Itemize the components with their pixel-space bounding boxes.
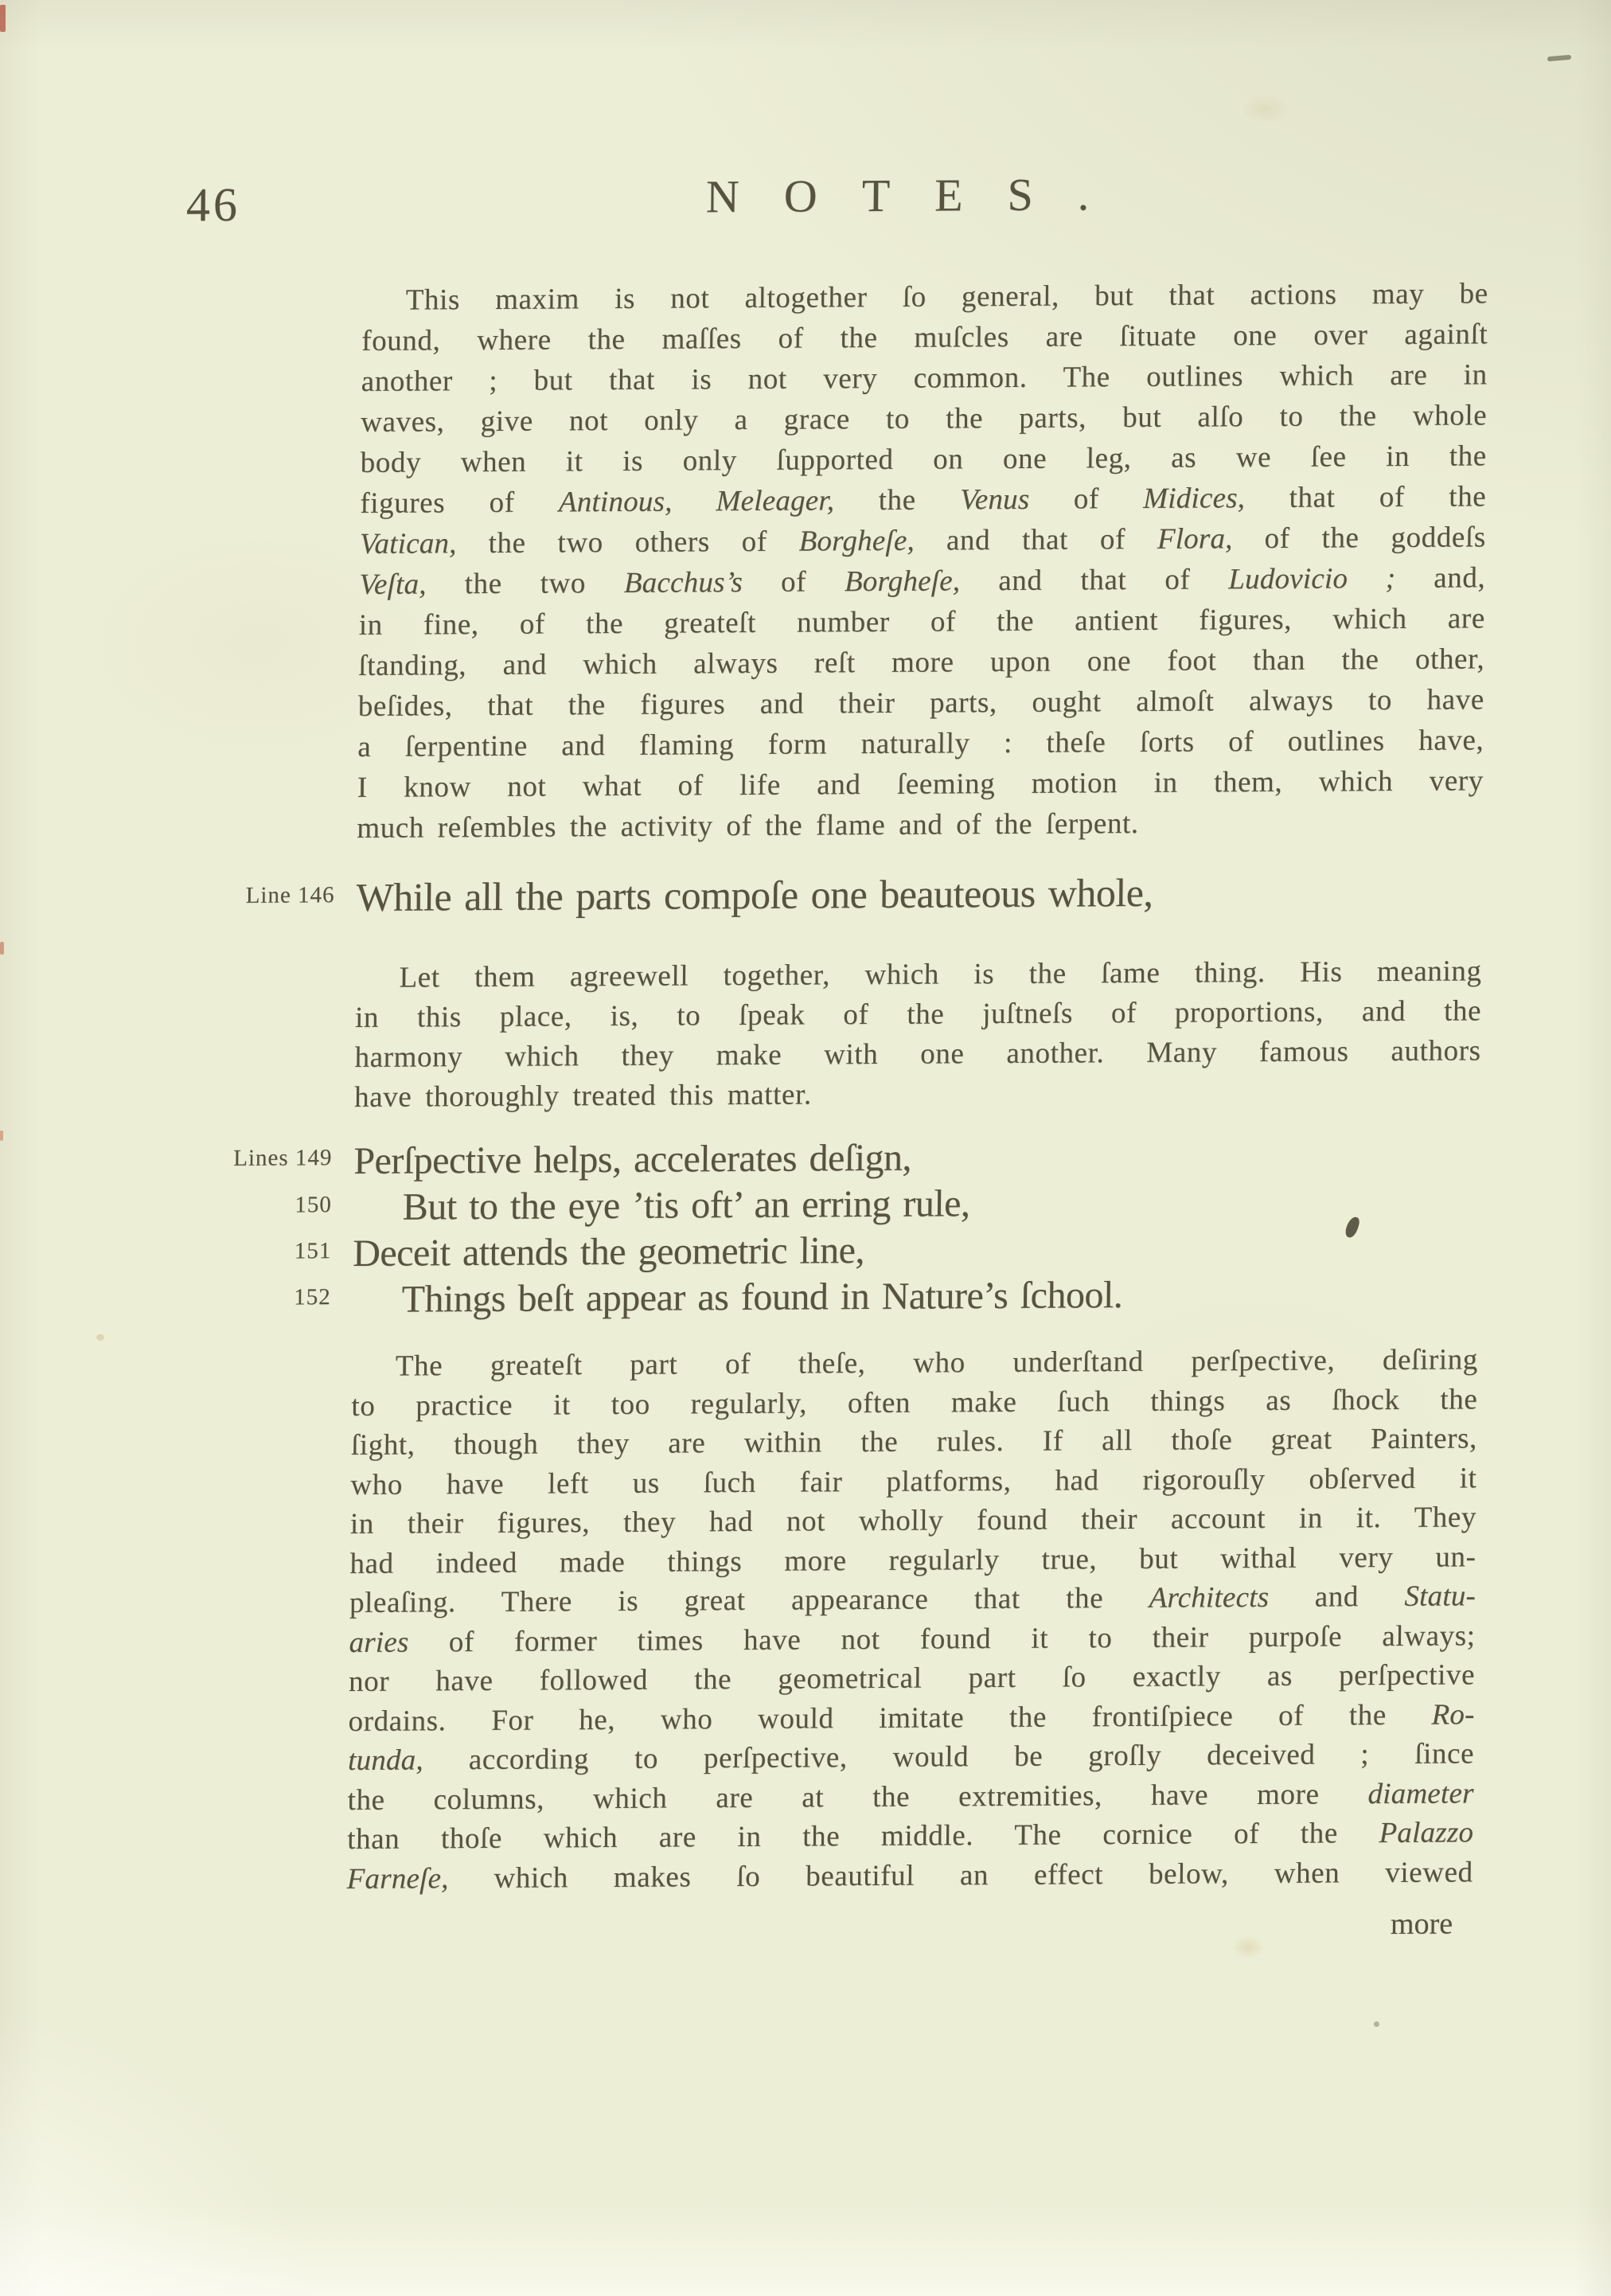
text-segment: This maxim is not altogether ſo general,… [406,277,1488,316]
paragraph-perspective: The greateſt part of theſe, who underſta… [346,1340,1478,1899]
text-line: in fine, of the greateſt number of the a… [359,598,1485,646]
text-line: had indeed made things more regularly tr… [349,1537,1476,1583]
italic-text-segment: Palazzo [1379,1816,1473,1849]
verse-quote-lines-149-152: Perſpective helps, accelerates deſign,Bu… [352,1131,1480,1323]
text-segment: beſides, that the figures and their part… [358,683,1484,723]
italic-text-segment: Midices, [1143,482,1245,515]
italic-text-segment: Borgheſe, [845,564,961,598]
text-line: Perſpective helps, accelerates deſign, [353,1131,1480,1185]
text-segment: who have left us ſuch fair platforms, ha… [350,1462,1476,1501]
paper-speck [1374,2021,1379,2027]
verse-quote-line-146: While all the parts compoſe one beauteou… [356,866,1483,921]
text-line: than thoſe which are in the middle. The … [347,1813,1473,1859]
text-segment: in their figures, they had not wholly fo… [350,1501,1476,1540]
text-segment: and that of [960,563,1228,597]
text-line: tunda, according to perſpective, would b… [348,1734,1474,1780]
text-line: body when it is only ſupported on one le… [361,435,1487,483]
text-segment: But to the eye ’tis oft’ an erring rule, [403,1182,970,1228]
text-segment: Things beſt appear as found in Nature’s … [401,1274,1122,1321]
margin-note-line-150: 150 [111,1191,332,1220]
red-edge-mark [0,5,6,32]
text-segment: ſtanding, and which always reſt more upo… [358,642,1484,682]
text-line: nor have followed the geometrical part ſ… [349,1655,1475,1701]
text-segment: in this place, is, to ſpeak of the juſtn… [355,994,1481,1034]
text-line: pleaſing. There is great appearance that… [349,1576,1476,1622]
italic-text-segment: Veſta, [359,568,427,601]
paper-speck [96,1334,104,1341]
text-line: in this place, is, to ſpeak of the juſtn… [355,991,1481,1038]
text-segment: much reſembles the activity of the flame… [357,807,1139,845]
text-segment: pleaſing. There is great appearance that… [349,1582,1149,1619]
margin-note-lines-149: Lines 149 [111,1144,332,1173]
text-segment: which makes ſo beautiful an effect below… [449,1856,1473,1895]
text-segment: figures of [360,486,559,520]
text-line: Let them agreewell together, which is th… [355,951,1481,998]
text-line: to practice it too regularly, often make… [351,1380,1477,1426]
italic-text-segment: Flora, [1157,522,1233,556]
text-segment: the two [427,567,625,601]
italic-text-segment: Ro- [1431,1698,1474,1731]
text-segment: have thoroughly treated this matter. [354,1078,812,1114]
text-line: Deceit attends the geometric line, [353,1224,1480,1277]
text-segment: Let them agreewell together, which is th… [399,955,1481,994]
italic-text-segment: Ludovicio ; [1228,562,1395,595]
text-segment: and, [1395,561,1485,595]
text-line: a ſerpentine and flaming form naturally … [357,720,1484,767]
text-line: This maxim is not altogether ſo general,… [362,273,1488,321]
margin-note-line-146: Line 146 [113,881,334,910]
text-segment: Deceit attends the geometric line, [353,1229,864,1275]
text-segment: and that of [915,523,1157,557]
text-segment: and [1269,1580,1405,1614]
paper-stain [1242,96,1289,123]
text-segment: body when it is only ſupported on one le… [361,439,1487,479]
text-segment: of [743,565,845,599]
text-line: aries of former times have not found it … [349,1616,1475,1662]
margin-note-line-152: 152 [110,1283,331,1312]
page-content: 46 NOTES. This maxim is not altogether ſ… [0,0,1611,2296]
text-segment: The greateſt part of theſe, who underſta… [396,1343,1478,1382]
text-segment: another ; but that is not very common. T… [361,358,1488,398]
italic-text-segment: Antinous, Meleager, [559,484,835,518]
paragraph-agree-well: Let them agreewell together, which is th… [354,951,1482,1118]
text-segment: of the goddeſs [1232,521,1486,555]
italic-text-segment: Farneſe, [347,1862,449,1896]
text-line: Farneſe, which makes ſo beautiful an eff… [346,1853,1473,1899]
red-edge-speck [0,1130,3,1141]
text-segment: than thoſe which are in the middle. The … [347,1817,1379,1856]
text-line: ordains. For he, who would imitate the f… [348,1695,1474,1741]
italic-text-segment: diameter [1367,1777,1474,1810]
text-line: ſight, though they are within the rules.… [351,1419,1477,1465]
text-line: Veſta, the two Bacchus’s of Borgheſe, an… [359,557,1485,605]
text-line: have thoroughly treated this matter. [354,1071,1480,1118]
paragraph-maxim: This maxim is not altogether ſo general,… [357,273,1488,849]
paper-stain [1232,1936,1264,1958]
text-line: But to the eye ’tis oft’ an erring rule, [353,1177,1480,1231]
italic-text-segment: Architects [1149,1581,1269,1615]
text-line: in their figures, they had not wholly fo… [350,1497,1476,1544]
margin-note-line-151: 151 [110,1237,331,1266]
text-segment: the two others of [456,525,798,560]
text-segment: ordains. For he, who would imitate the f… [348,1698,1431,1737]
text-line: another ; but that is not very common. T… [361,354,1488,402]
text-segment: ſight, though they are within the rules.… [351,1422,1477,1462]
italic-text-segment: Bacchus’s [624,566,743,599]
page-number: 46 [186,181,241,228]
text-segment: Perſpective helps, accelerates deſign, [353,1137,911,1182]
text-segment: a ſerpentine and flaming form naturally … [357,724,1484,763]
text-line: harmony which they make with one another… [354,1031,1480,1078]
book-page-scan: 46 NOTES. This maxim is not altogether ſ… [0,0,1611,2296]
text-line: I know not what of life and ſeeming moti… [357,760,1484,808]
text-line: The greateſt part of theſe, who underſta… [352,1340,1478,1386]
red-edge-speck [0,942,4,955]
text-line: beſides, that the figures and their part… [358,679,1484,727]
italic-text-segment: Venus [960,483,1030,517]
text-line: Vatican, the two others of Borgheſe, and… [360,517,1486,564]
running-header: NOTES. [706,166,1134,225]
text-segment: according to perſpective, would be groſl… [423,1737,1475,1776]
text-segment: the [834,483,960,517]
text-line: ſtanding, and which always reſt more upo… [358,638,1484,686]
italic-text-segment: Statu- [1404,1579,1476,1613]
italic-text-segment: aries [349,1626,408,1658]
text-line: who have left us ſuch fair platforms, ha… [350,1458,1476,1505]
text-segment: found, where the maſſes of the muſcles a… [361,318,1488,357]
text-segment: had indeed made things more regularly tr… [349,1540,1476,1580]
text-segment: the columns, which are at the extremitie… [347,1778,1367,1817]
text-segment: harmony which they make with one another… [354,1034,1480,1074]
text-segment: I know not what of life and ſeeming moti… [357,764,1484,804]
text-line: Things beſt appear as found in Nature’s … [352,1270,1479,1323]
text-segment: in fine, of the greateſt number of the a… [359,602,1485,642]
text-segment: nor have followed the geometrical part ſ… [349,1658,1475,1698]
text-segment: to practice it too regularly, often make… [351,1383,1477,1423]
text-segment: that of the [1245,480,1486,514]
text-line: waves, give not only a grace to the part… [361,395,1487,443]
italic-text-segment: tunda, [348,1743,423,1777]
text-segment: waves, give not only a grace to the part… [361,399,1487,439]
italic-text-segment: Vatican, [360,527,457,560]
text-segment: of [1029,482,1143,516]
italic-text-segment: Borgheſe, [799,525,915,558]
catchword: more [346,1906,1453,1949]
text-segment: of former times have not found it to the… [408,1619,1475,1658]
text-line: the columns, which are at the extremitie… [347,1774,1473,1820]
text-line: much reſembles the activity of the flame… [357,801,1483,849]
text-line: figures of Antinous, Meleager, the Venus… [360,476,1486,524]
text-line: found, where the maſſes of the muſcles a… [361,314,1488,361]
